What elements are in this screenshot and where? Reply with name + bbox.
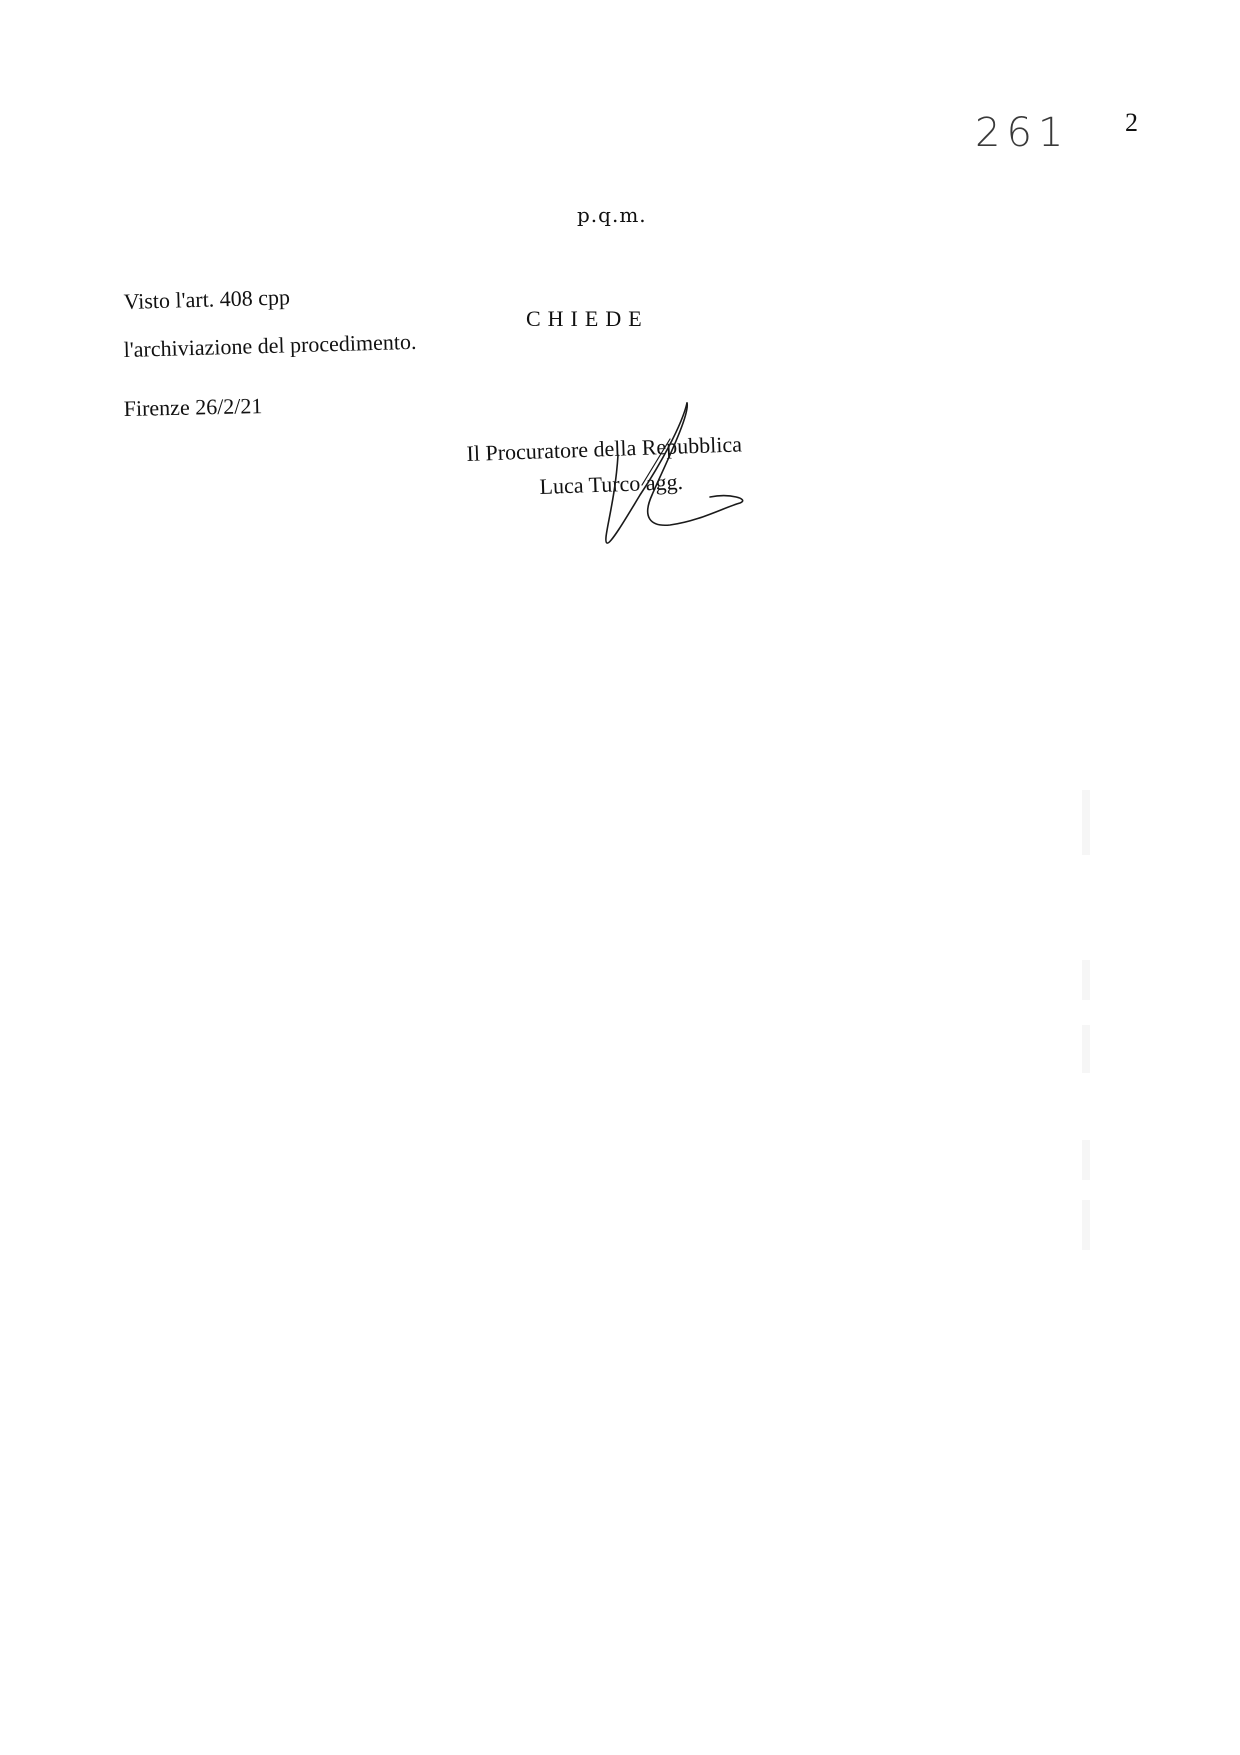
scan-artifact — [1082, 960, 1090, 1000]
stamped-page-number: 261 — [975, 110, 1069, 156]
scan-artifact — [1082, 1200, 1090, 1250]
text-place-date: Firenze 26/2/21 — [123, 393, 262, 422]
text-chiede: CHIEDE — [526, 306, 649, 332]
page-number: 2 — [1125, 108, 1138, 138]
text-archiviazione: l'archiviazione del procedimento. — [123, 329, 417, 363]
document-page: 261 2 p.q.m. Visto l'art. 408 cpp CHIEDE… — [0, 0, 1240, 1755]
text-visto: Visto l'art. 408 cpp — [123, 284, 290, 315]
heading-pqm: p.q.m. — [577, 203, 647, 227]
signature-icon — [590, 395, 770, 555]
scan-artifact — [1082, 790, 1090, 855]
scan-artifact — [1082, 1140, 1090, 1180]
scan-artifact — [1082, 1025, 1090, 1073]
